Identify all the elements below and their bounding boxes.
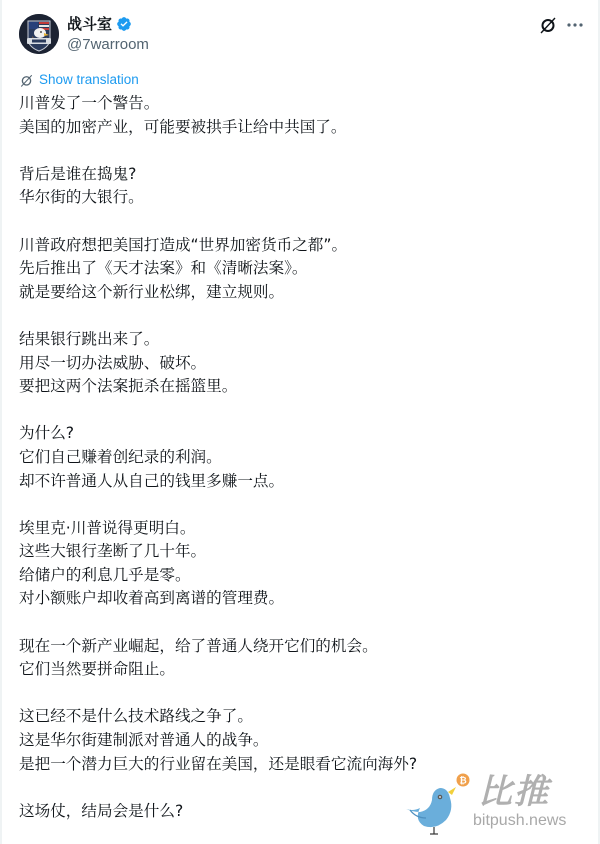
tweet-line: 美国的加密产业，可能要被拱手让给中共国了。 <box>19 116 589 140</box>
tweet-line: 它们自己赚着创纪录的利润。 <box>19 446 589 470</box>
tweet-line <box>19 776 589 800</box>
translate-icon <box>19 73 34 88</box>
tweet-line: 这些大银行垄断了几十年。 <box>19 540 589 564</box>
grok-button[interactable] <box>537 14 559 36</box>
verified-badge-icon <box>116 16 132 32</box>
tweet-line: 要把这两个法案扼杀在摇篮里。 <box>19 375 589 399</box>
eagle-flag-avatar-icon <box>19 14 59 54</box>
tweet-line: 对小额账户却收着高到离谱的管理费。 <box>19 587 589 611</box>
tweet-line <box>19 139 589 163</box>
author-name-row: 战斗室 <box>67 14 132 34</box>
author-handle[interactable]: @7warroom <box>67 35 149 55</box>
tweet-line <box>19 304 589 328</box>
tweet-line: 给储户的利息几乎是零。 <box>19 564 589 588</box>
tweet-line: 就是要给这个新行业松绑，建立规则。 <box>19 281 589 305</box>
tweet-body: 川普发了一个警告。 美国的加密产业，可能要被拱手让给中共国了。 背后是谁在捣鬼?… <box>19 92 589 823</box>
author-avatar[interactable] <box>19 14 59 54</box>
tweet-line: 却不许普通人从自己的钱里多赚一点。 <box>19 470 589 494</box>
tweet-header: 战斗室 @7warroom <box>2 0 600 64</box>
tweet-line: 这已经不是什么技术路线之争了。 <box>19 705 589 729</box>
tweet-line <box>19 611 589 635</box>
tweet-line <box>19 210 589 234</box>
show-translation-link[interactable]: Show translation <box>19 71 139 89</box>
tweet-frame: 战斗室 @7warroom <box>0 0 600 844</box>
tweet-line: 背后是谁在捣鬼? <box>19 163 589 187</box>
tweet-line: 这场仗，结局会是什么? <box>19 800 589 824</box>
more-dots-icon <box>566 22 584 28</box>
tweet-line <box>19 493 589 517</box>
tweet-line: 为什么? <box>19 422 589 446</box>
tweet-line: 是把一个潜力巨大的行业留在美国，还是眼看它流向海外? <box>19 753 589 777</box>
tweet-line: 川普政府想把美国打造成“世界加密货币之都”。 <box>19 234 589 258</box>
tweet-line: 先后推出了《天才法案》和《清晰法案》。 <box>19 257 589 281</box>
tweet-line: 用尽一切办法威胁、破坏。 <box>19 352 589 376</box>
tweet-line: 这是华尔街建制派对普通人的战争。 <box>19 729 589 753</box>
tweet-line: 它们当然要拼命阻止。 <box>19 658 589 682</box>
grok-icon <box>538 15 558 35</box>
tweet-line: 埃里克·川普说得更明白。 <box>19 517 589 541</box>
tweet-line <box>19 399 589 423</box>
tweet-line <box>19 682 589 706</box>
show-translation-label[interactable]: Show translation <box>39 71 139 89</box>
author-display-name[interactable]: 战斗室 <box>67 14 112 34</box>
tweet-line: 川普发了一个警告。 <box>19 92 589 116</box>
more-options-button[interactable] <box>564 14 586 36</box>
tweet-line: 华尔街的大银行。 <box>19 186 589 210</box>
tweet-line: 现在一个新产业崛起，给了普通人绕开它们的机会。 <box>19 635 589 659</box>
tweet-line: 结果银行跳出来了。 <box>19 328 589 352</box>
